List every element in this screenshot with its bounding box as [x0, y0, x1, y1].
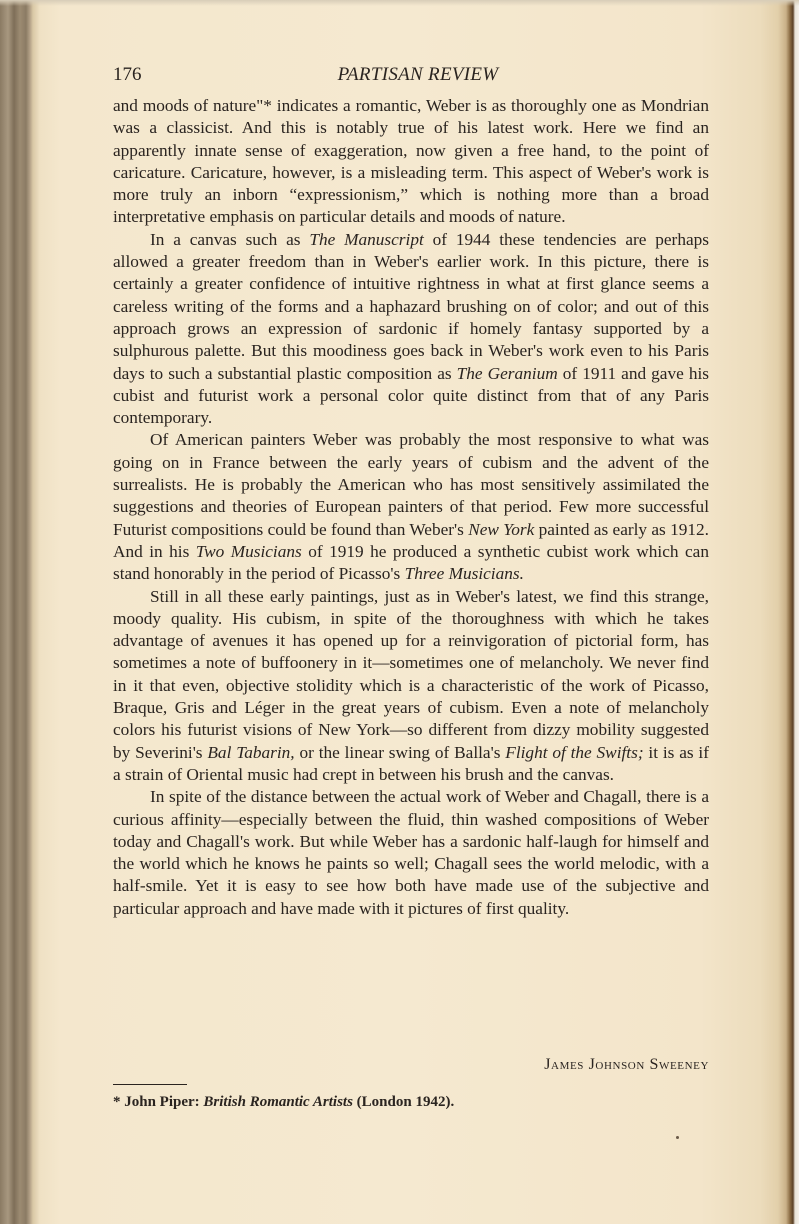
page-top-edge — [0, 0, 799, 6]
text-run: In a canvas such as — [150, 230, 309, 249]
footnote-author: John Piper: — [124, 1094, 203, 1110]
footnote-marker: * — [113, 1094, 124, 1110]
italic-title: Flight of the Swifts; — [505, 743, 643, 762]
paragraph: In a canvas such as The Manuscript of 19… — [113, 229, 709, 430]
italic-title: Bal Tabarin, — [207, 743, 294, 762]
footnote-rest: (London 1942). — [353, 1094, 454, 1110]
italic-title: The Geranium — [457, 364, 558, 383]
footnote-rule — [113, 1084, 187, 1085]
journal-title: PARTISAN REVIEW — [113, 64, 713, 86]
article-body: and moods of nature"* indicates a romant… — [113, 95, 709, 920]
running-head: 176 PARTISAN REVIEW — [113, 64, 713, 90]
italic-title: Three Musicians. — [405, 564, 524, 583]
text-run: and moods of nature"* indicates a romant… — [113, 96, 709, 226]
text-run: or the linear swing of Balla's — [295, 743, 506, 762]
paragraph: Of American painters Weber was probably … — [113, 429, 709, 585]
footnote-title: British Romantic Artists — [203, 1094, 353, 1110]
book-page: 176 PARTISAN REVIEW and moods of nature"… — [0, 0, 799, 1224]
italic-title: New York — [468, 520, 534, 539]
italic-title: Two Musicians — [196, 542, 302, 561]
paragraph: Still in all these early paintings, just… — [113, 586, 709, 787]
text-run: of 1944 these tendencies are perhaps all… — [113, 230, 709, 383]
paragraph: In spite of the distance between the act… — [113, 786, 709, 920]
italic-title: The Manuscript — [309, 230, 423, 249]
footnote: * John Piper: British Romantic Artists (… — [113, 1094, 454, 1111]
text-run: Still in all these early paintings, just… — [113, 587, 709, 762]
author-signature: James Johnson Sweeney — [544, 1056, 709, 1074]
text-run: In spite of the distance between the act… — [113, 787, 709, 917]
paragraph: and moods of nature"* indicates a romant… — [113, 95, 709, 229]
paper-speck — [676, 1136, 679, 1139]
